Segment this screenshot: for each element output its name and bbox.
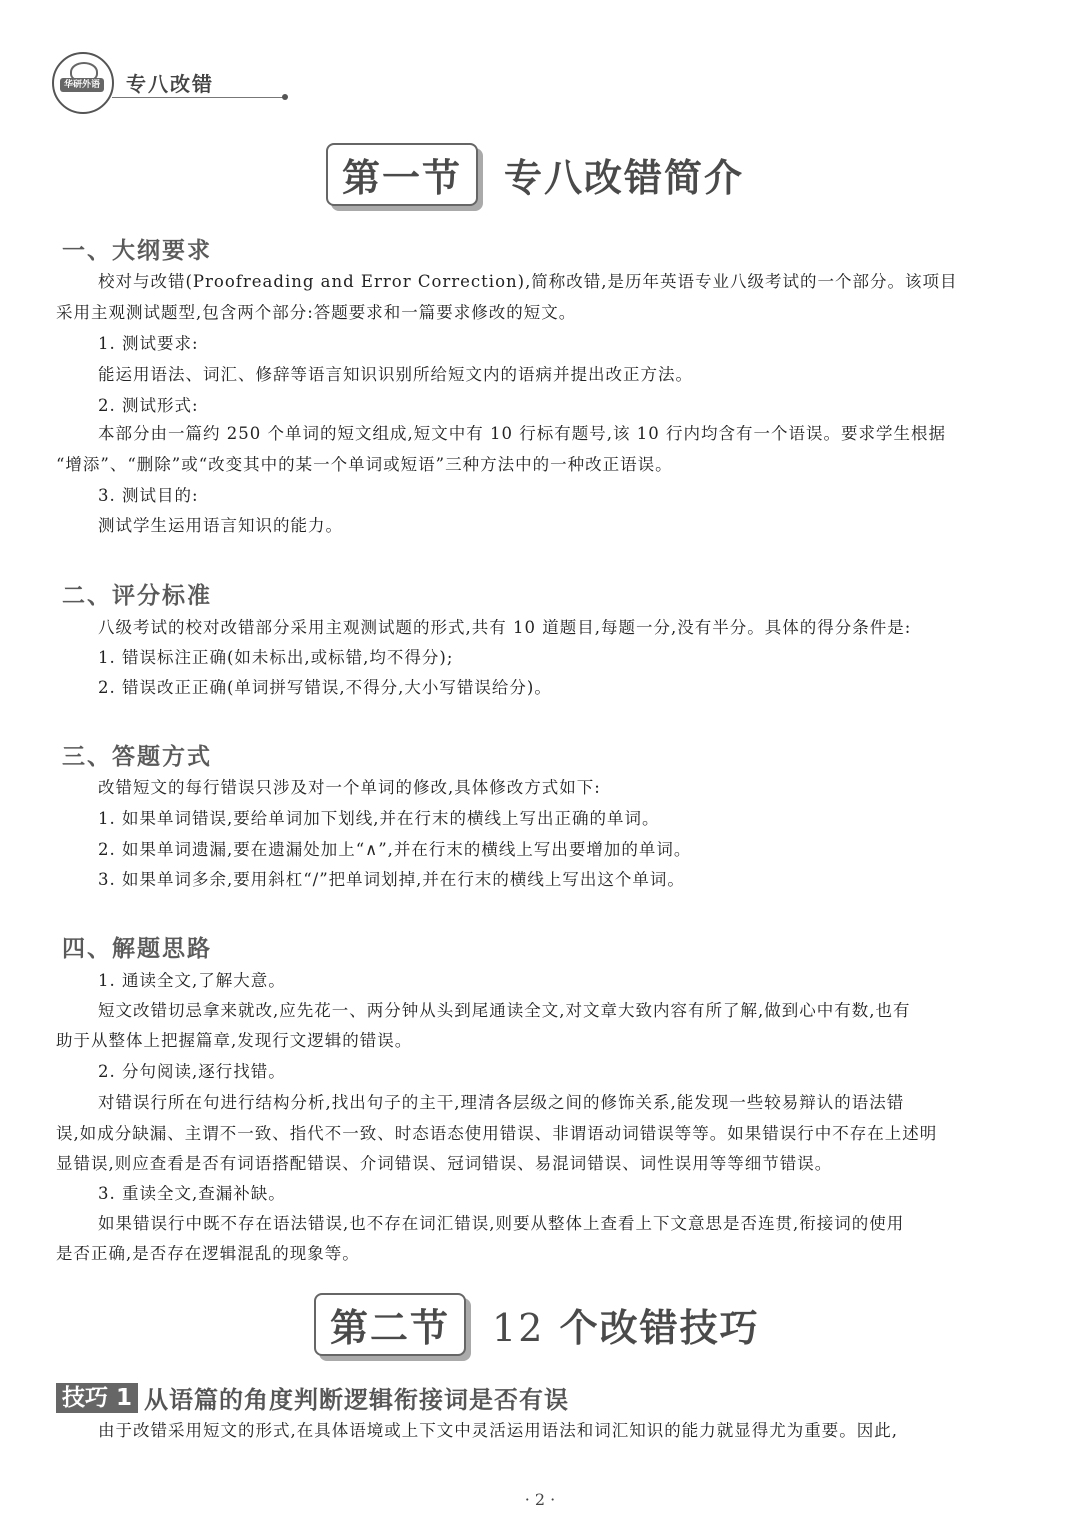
list-item: 3. 如果单词多余,要用斜杠“/”把单词划掉,并在行末的横线上写出这个单词。 [98,870,685,890]
tip-1-heading: 技巧 1 从语篇的角度判断逻辑衔接词是否有误 [56,1380,569,1415]
list-item: 1. 如果单词错误,要给单词加下划线,并在行末的横线上写出正确的单词。 [98,809,659,829]
paragraph: 助于从整体上把握篇章,发现行文逻辑的错误。 [56,1031,412,1051]
paragraph: 采用主观测试题型,包含两个部分:答题要求和一篇要求修改的短文。 [56,303,576,323]
header-dot [282,94,288,100]
list-label: 3. 测试目的: [98,486,199,506]
paragraph: 如果错误行中既不存在语法错误,也不存在词汇错误,则要从整体上查看上下文意思是否连… [98,1214,904,1234]
part-1-heading: 一、大纲要求 [62,232,212,265]
tip-1-badge: 技巧 1 [56,1383,138,1413]
section-2-title-text: 个改错技巧 [544,1305,759,1350]
list-item: 1. 错误标注正确(如未标出,或标错,均不得分); [98,648,453,668]
section-2-title-number: 12 [492,1306,544,1350]
paragraph: 短文改错切忌拿来就改,应先花一、两分钟从头到尾通读全文,对文章大致内容有所了解,… [98,1001,910,1021]
paragraph: 显错误,则应查看是否有词语搭配错误、介词错误、冠词错误、易混词错误、词性误用等等… [56,1154,832,1174]
publisher-logo: 华研外语 [52,52,114,114]
paragraph: 八级考试的校对改错部分采用主观测试题的形式,共有 10 道题目,每题一分,没有半… [98,618,911,638]
page-number: · 2 · [0,1490,1080,1509]
list-label: 1. 通读全文,了解大意。 [98,971,286,991]
paragraph: 误,如成分缺漏、主谓不一致、指代不一致、时态语态使用错误、非谓语动词错误等等。如… [56,1124,937,1144]
part-3-heading: 三、答题方式 [62,738,212,771]
list-label: 2. 分句阅读,逐行找错。 [98,1062,286,1082]
section-1-banner: 第一节 专八改错简介 [326,143,744,206]
paragraph: 能运用语法、词汇、修辞等语言知识识别所给短文内的语病并提出改正方法。 [98,365,693,385]
logo-text: 华研外语 [60,78,104,92]
paragraph: 测试学生运用语言知识的能力。 [98,516,343,536]
section-2-title: 12 个改错技巧 [492,1297,760,1352]
running-header: 华研外语 专八改错 [52,52,242,112]
paragraph: “增添”、“删除”或“改变其中的某一个单词或短语”三种方法中的一种改正语误。 [56,455,673,475]
list-item: 2. 如果单词遗漏,要在遗漏处加上“∧”,并在行末的横线上写出要增加的单词。 [98,840,691,860]
part-2-heading: 二、评分标准 [62,577,212,610]
section-1-label: 第一节 [326,143,478,206]
paragraph: 由于改错采用短文的形式,在具体语境或上下文中灵活运用语法和词汇知识的能力就显得尤… [98,1421,898,1441]
section-2-label: 第二节 [314,1293,466,1356]
list-label: 3. 重读全文,查漏补缺。 [98,1184,286,1204]
list-item: 2. 错误改正正确(单词拼写错误,不得分,大小写错误给分)。 [98,678,552,698]
header-title: 专八改错 [126,68,214,97]
section-1-title: 专八改错简介 [504,147,744,202]
list-label: 1. 测试要求: [98,334,199,354]
paragraph: 是否正确,是否存在逻辑混乱的现象等。 [56,1244,360,1264]
paragraph: 改错短文的每行错误只涉及对一个单词的修改,具体修改方式如下: [98,778,601,798]
paragraph: 对错误行所在句进行结构分析,找出句子的主干,理清各层级之间的修饰关系,能发现一些… [98,1093,904,1113]
part-4-heading: 四、解题思路 [62,930,212,963]
list-label: 2. 测试形式: [98,396,199,416]
tip-1-title: 从语篇的角度判断逻辑衔接词是否有误 [144,1380,569,1415]
paragraph: 本部分由一篇约 250 个单词的短文组成,短文中有 10 行标有题号,该 10 … [98,424,946,444]
paragraph: 校对与改错(Proofreading and Error Correction)… [98,272,958,292]
header-divider [112,97,284,98]
section-2-banner: 第二节 12 个改错技巧 [314,1293,760,1356]
